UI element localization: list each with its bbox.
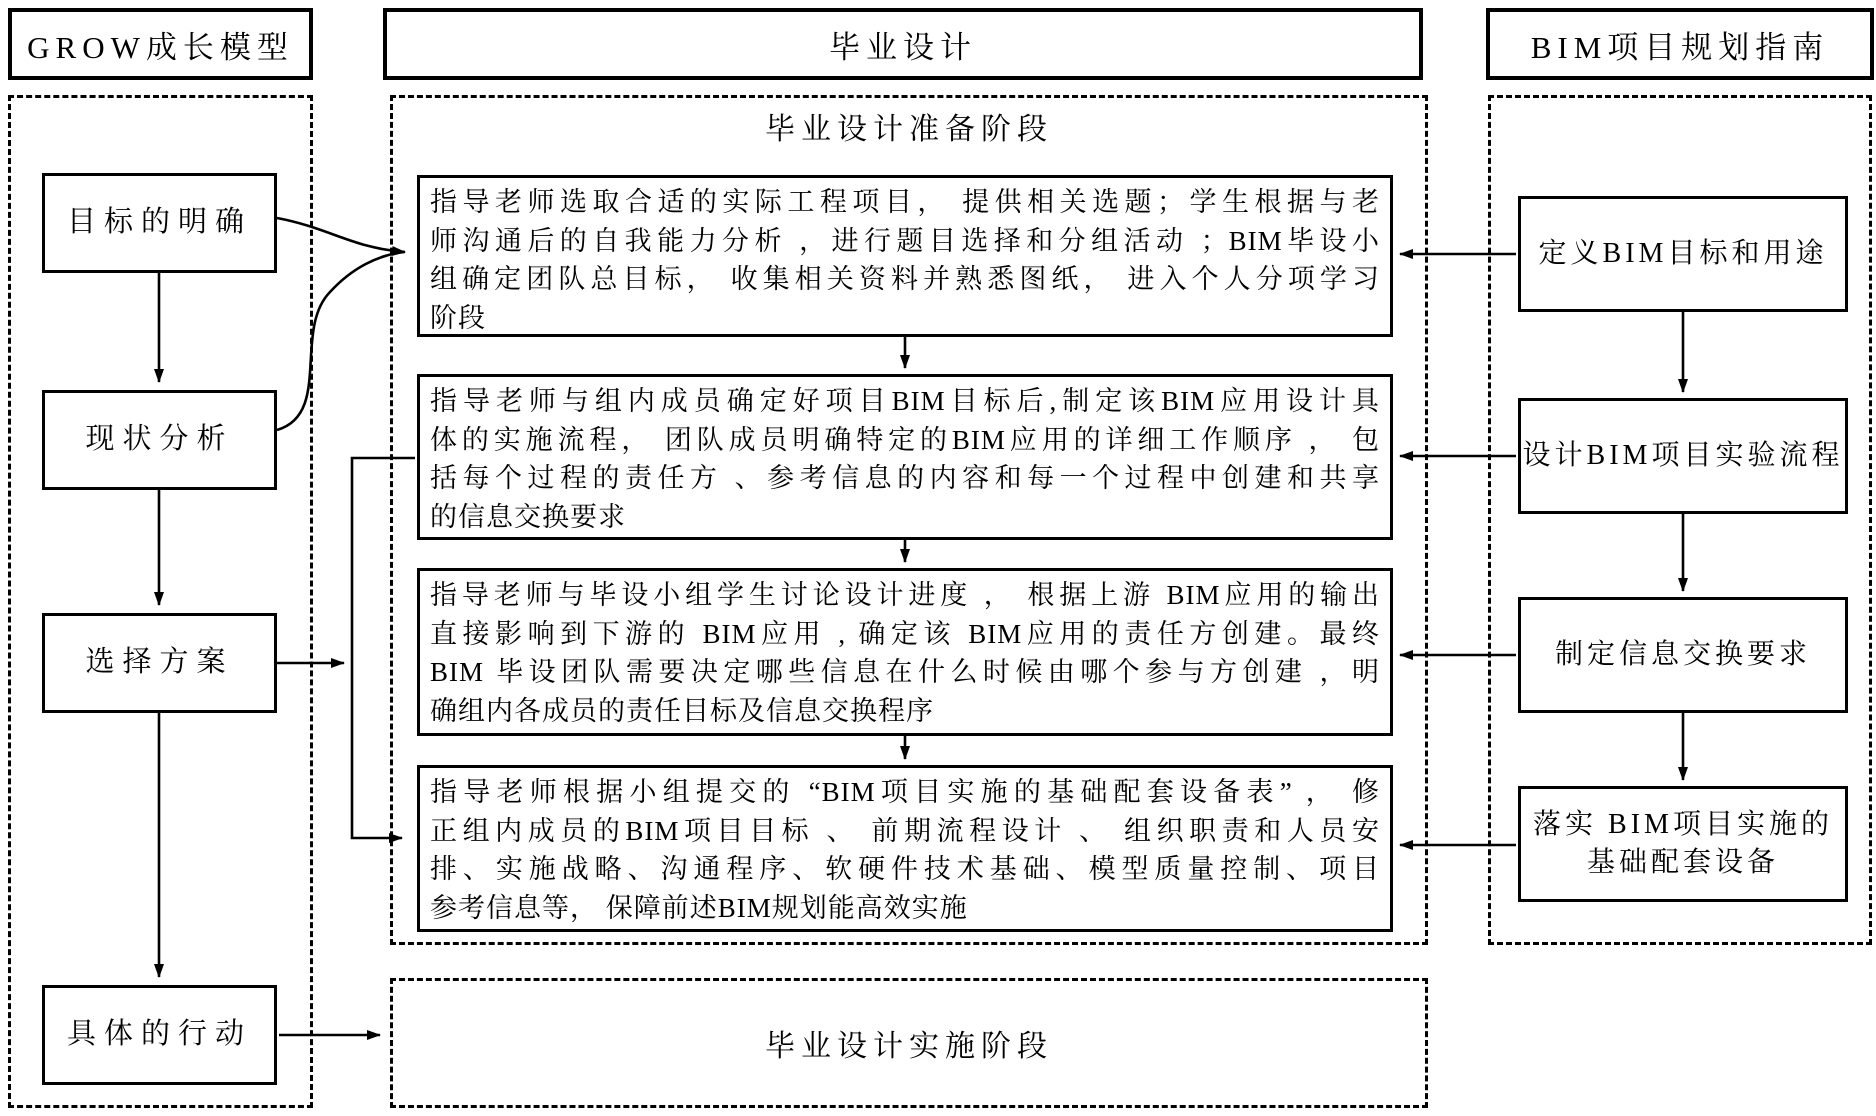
prep-step-1: 指导老师选取合适的实际工程项目， 提供相关选题；学生根据与老 师沟通后的自我能力…: [417, 175, 1393, 337]
prep-stage-title: 毕业设计准备阶段: [390, 104, 1428, 148]
bim-guide-header-label: BIM项目规划指南: [1531, 22, 1830, 67]
grow-node-goal: 目标的明确: [42, 173, 277, 273]
prep-step-3-line-3: BIM 毕设团队需要决定哪些信息在什么时候由哪个参与方创建 ，明: [430, 653, 1380, 692]
prep-step-4-line-2: 正组内成员的BIM项目目标 、 前期流程设计 、 组织职责和人员安: [430, 812, 1380, 851]
bim-node-define-goals-label: 定义BIM目标和用途: [1539, 235, 1828, 273]
grow-model-header-label: GROW成长模型: [27, 22, 294, 67]
prep-step-4-line-3: 排、实施战略、沟通程序、软硬件技术基础、模型质量控制、项目: [430, 850, 1380, 889]
grow-node-reality: 现状分析: [42, 390, 277, 490]
flowchart-canvas: GROW成长模型 毕业设计 BIM项目规划指南 毕业设计准备阶段 目标的明确 现…: [0, 0, 1876, 1116]
prep-step-2-line-4: 的信息交换要求: [430, 498, 1380, 537]
bim-node-infrastructure: 落实 BIM项目实施的 基础配套设备: [1518, 786, 1848, 902]
prep-step-1-line-3: 组确定团队总目标， 收集相关资料并熟悉图纸， 进入个人分项学习: [430, 260, 1380, 299]
bim-node-design-process-label: 设计BIM项目实验流程: [1523, 437, 1844, 475]
grow-node-action-label: 具体的行动: [67, 1015, 252, 1054]
graduation-design-header: 毕业设计: [383, 8, 1423, 80]
bim-node-design-process: 设计BIM项目实验流程: [1518, 398, 1848, 514]
prep-step-3-line-1: 指导老师与毕设小组学生讨论设计进度 ， 根据上游 BIM应用的输出: [430, 576, 1380, 615]
grow-model-header: GROW成长模型: [8, 8, 313, 80]
prep-step-2-line-2: 体的实施流程， 团队成员明确特定的BIM应用的详细工作顺序 ， 包: [430, 421, 1380, 460]
prep-step-2-line-3: 括每个过程的责任方 、参考信息的内容和每一个过程中创建和共享: [430, 459, 1380, 498]
prep-step-3-line-4: 确组内各成员的责任目标及信息交换程序: [430, 692, 1380, 731]
impl-stage-title: 毕业设计实施阶段: [765, 1021, 1053, 1065]
grow-node-reality-label: 现状分析: [85, 420, 233, 459]
bim-node-infrastructure-label-line-2: 基础配套设备: [1587, 844, 1779, 882]
prep-step-2: 指导老师与组内成员确定好项目BIM目标后,制定该BIM应用设计具 体的实施流程，…: [417, 374, 1393, 540]
grow-node-options: 选择方案: [42, 613, 277, 713]
prep-step-1-line-1: 指导老师选取合适的实际工程项目， 提供相关选题；学生根据与老: [430, 183, 1380, 222]
prep-step-3: 指导老师与毕设小组学生讨论设计进度 ， 根据上游 BIM应用的输出 直接影响到下…: [417, 568, 1393, 736]
bim-node-info-exchange-label: 制定信息交换要求: [1555, 636, 1811, 674]
bim-node-info-exchange: 制定信息交换要求: [1518, 597, 1848, 713]
prep-step-4: 指导老师根据小组提交的 “BIM项目实施的基础配套设备表” ， 修 正组内成员的…: [417, 765, 1393, 932]
prep-step-1-line-4: 阶段: [430, 299, 1380, 338]
graduation-design-header-label: 毕业设计: [829, 22, 977, 67]
prep-step-1-line-2: 师沟通后的自我能力分析 ，进行题目选择和分组活动 ；BIM毕设小: [430, 222, 1380, 261]
grow-node-options-label: 选择方案: [85, 643, 233, 682]
prep-step-4-line-1: 指导老师根据小组提交的 “BIM项目实施的基础配套设备表” ， 修: [430, 773, 1380, 812]
impl-stage-container: 毕业设计实施阶段: [390, 978, 1428, 1108]
grow-node-action: 具体的行动: [42, 985, 277, 1085]
prep-step-3-line-2: 直接影响到下游的 BIM应用 , 确定该 BIM应用的责任方创建。最终: [430, 615, 1380, 654]
bim-guide-header: BIM项目规划指南: [1486, 8, 1874, 80]
prep-step-2-line-1: 指导老师与组内成员确定好项目BIM目标后,制定该BIM应用设计具: [430, 382, 1380, 421]
grow-node-goal-label: 目标的明确: [67, 203, 252, 242]
prep-step-4-line-4: 参考信息等， 保障前述BIM规划能高效实施: [430, 889, 1380, 928]
bim-node-infrastructure-label-line-1: 落实 BIM项目实施的: [1533, 806, 1833, 844]
bim-node-define-goals: 定义BIM目标和用途: [1518, 196, 1848, 312]
